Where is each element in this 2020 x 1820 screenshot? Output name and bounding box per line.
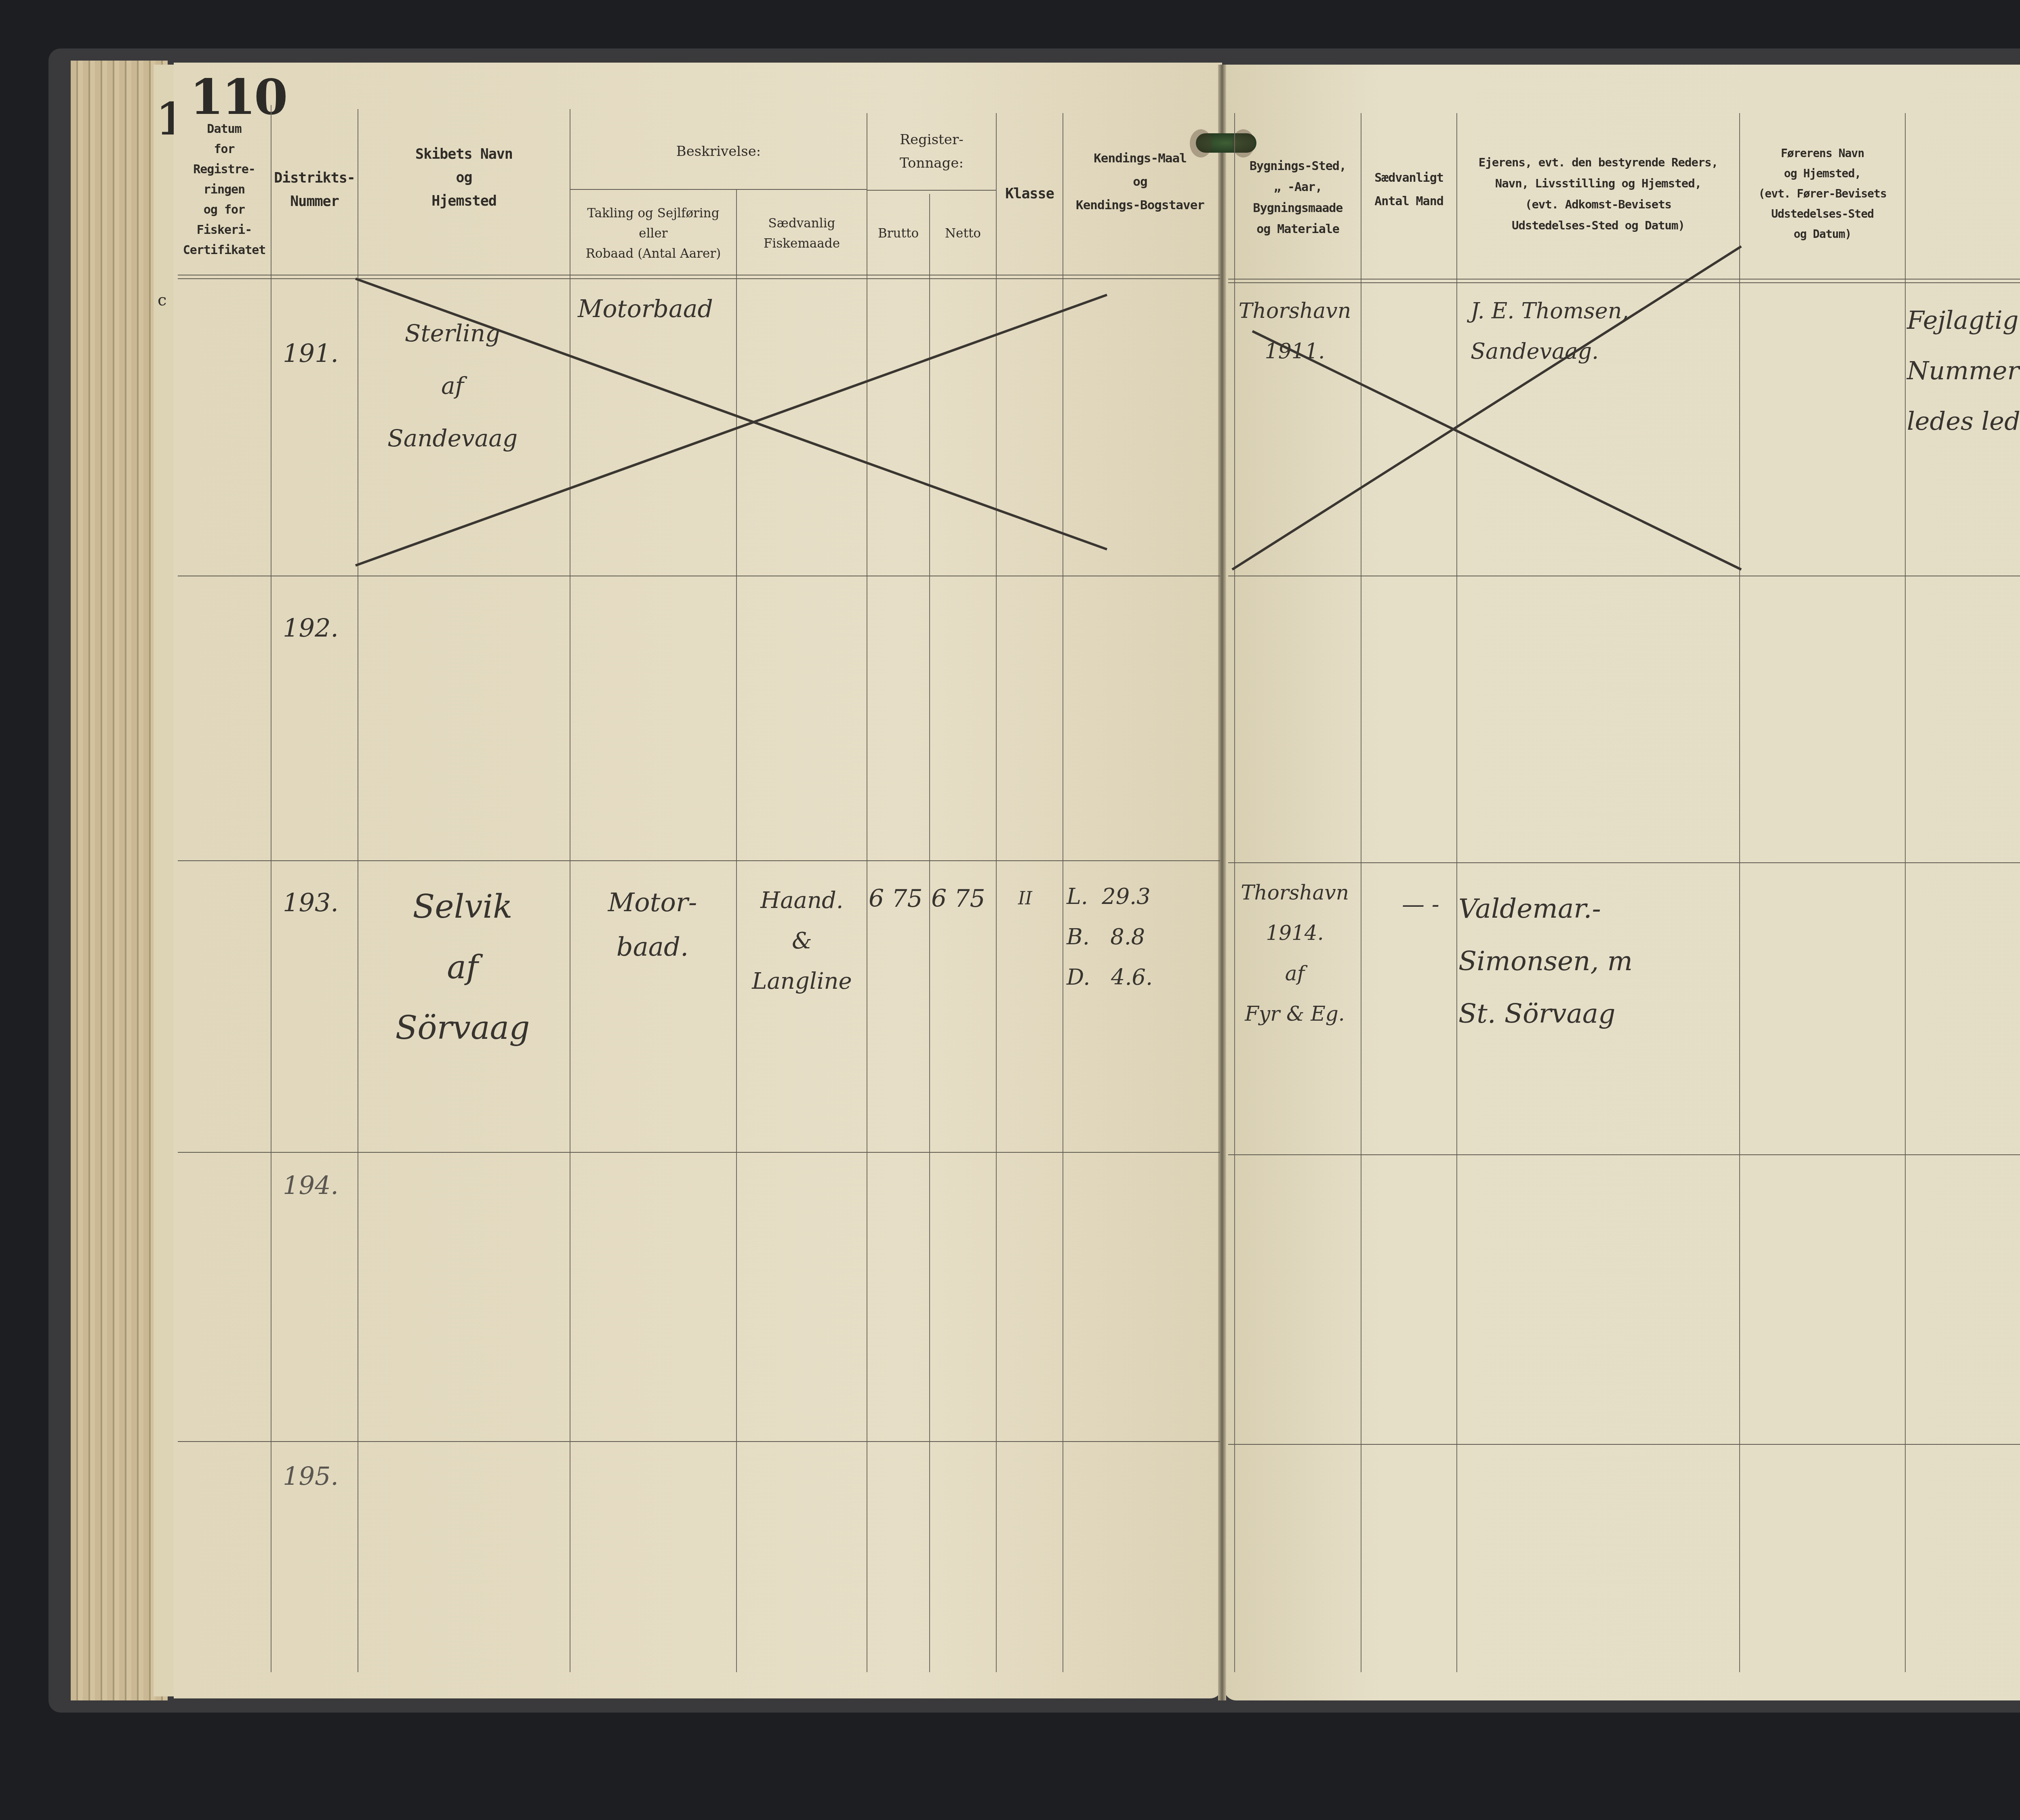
header-anmaerkninger: Anmærkninger — [1906, 113, 2020, 275]
row-separator — [1228, 862, 2020, 863]
header-forerens: Førerens Navn og Hjemsted, (evt. Fører-B… — [1740, 121, 1905, 267]
header-takling: Takling og Sejlføring eller Robaad (Anta… — [570, 194, 736, 273]
district-number: 193. — [283, 881, 339, 925]
header-klasse: Klasse — [997, 113, 1063, 275]
header-datum: Datum for Registre- ringen og for Fisker… — [178, 109, 271, 271]
district-number: 195. — [283, 1454, 339, 1498]
subheader-line-tonnage — [867, 190, 996, 191]
subheader-line-beskrivelse — [570, 189, 867, 190]
row-separator — [1228, 576, 2020, 576]
row-separator — [1228, 1444, 2020, 1445]
header-brutto: Brutto — [867, 194, 929, 273]
prev-page-letter: c — [158, 291, 166, 309]
cross-out-mark-left — [351, 275, 1119, 574]
row-separator — [178, 1152, 1220, 1153]
ejerens: Valdemar.- Simonsen, m St. Sörvaag — [1458, 883, 1633, 1040]
district-number: 192. — [283, 606, 339, 650]
header-register-tonnage: Register- Tonnage: — [867, 117, 996, 186]
page-edges-left — [71, 61, 168, 1700]
district-number: 191. — [283, 331, 339, 376]
brutto: 6 75 — [869, 876, 923, 921]
row-separator — [178, 576, 1220, 576]
row-separator — [178, 1441, 1220, 1442]
col-divider — [1905, 113, 1906, 1672]
header-skibets-navn: Skibets Navn og Hjemsted — [358, 109, 570, 246]
klasse: II — [1018, 876, 1032, 921]
header-kendings: Kendings-Maal og Kendings-Bogstaver — [1063, 113, 1217, 250]
header-antal-mand: Sædvanligt Antal Mand — [1361, 121, 1456, 258]
ship-name: Selvik af Sörvaag — [368, 876, 558, 1058]
header-ejerens: Ejerens, evt. den bestyrende Reders, Nav… — [1457, 129, 1739, 258]
header-saedvanlig-fiskemaade: Sædvanlig Fiskemaade — [737, 194, 867, 273]
anmaerkninger: Fejlagtig opført Nummeret er saa- ledes … — [1907, 295, 2020, 446]
takling: Motor- baad. — [574, 881, 731, 969]
gutter — [1218, 65, 1226, 1700]
antal-mand: — - — [1402, 883, 1439, 927]
cross-out-mark-right — [1228, 242, 1753, 574]
bygnings: Thorshavn 1914. af Fyr & Eg. — [1238, 872, 1351, 1034]
row-separator — [1228, 1154, 2020, 1155]
fiskemaade: Haand. & Langline — [737, 881, 867, 1002]
header-beskrivelse: Beskrivelse: — [570, 121, 867, 182]
kendings: L. 29.3 B. 8.8 D. 4.6. — [1067, 876, 1153, 998]
header-netto: Netto — [930, 194, 996, 273]
row-separator — [178, 860, 1220, 861]
netto: 6 75 — [931, 876, 985, 921]
header-distrikts-nummer: Distrikts- Nummer — [271, 109, 358, 271]
col-divider — [271, 105, 271, 1672]
district-number: 194. — [283, 1163, 339, 1208]
